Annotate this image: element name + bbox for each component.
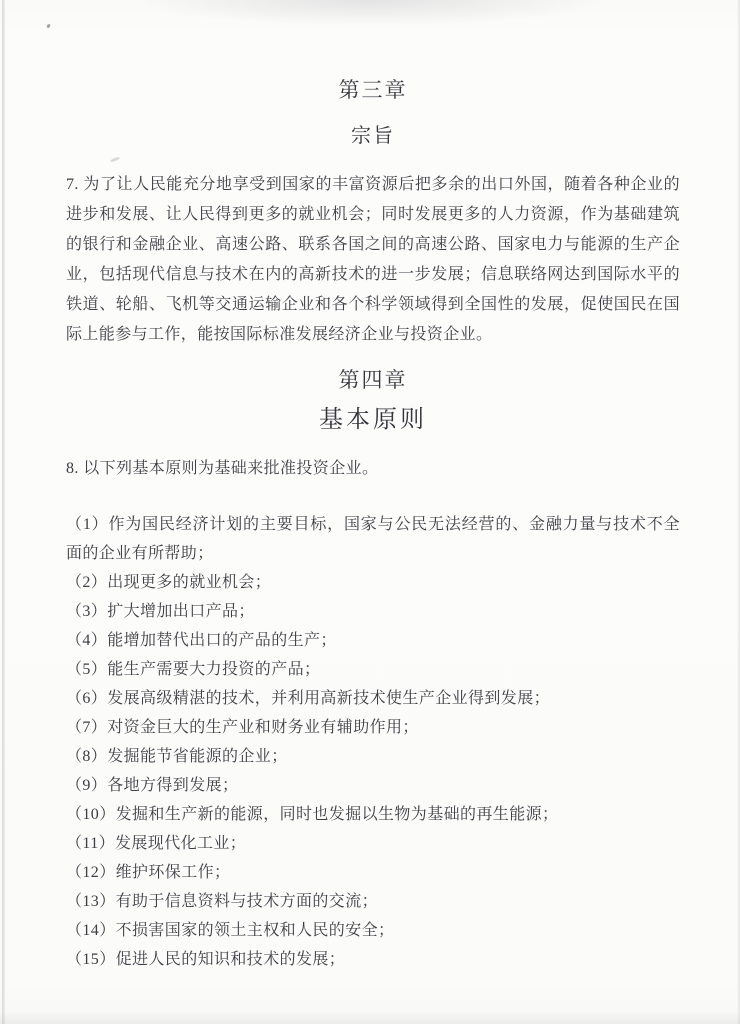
article-8-intro: 8. 以下列基本原则为基础来批准投资企业。 <box>66 454 680 484</box>
scanned-document-page: 第三章 宗旨 7. 为了让人民能充分地享受到国家的丰富资源后把多余的出口外国，随… <box>0 0 740 1024</box>
principle-item-4: （4）能增加替代出口的产品的生产； <box>66 626 680 655</box>
chapter-3-title: 宗旨 <box>66 122 680 150</box>
scan-edge-left <box>2 0 5 1024</box>
article-7-paragraph: 7. 为了让人民能充分地享受到国家的丰富资源后把多余的出口外国，随着各种企业的进… <box>66 170 680 350</box>
document-content: 第三章 宗旨 7. 为了让人民能充分地享受到国家的丰富资源后把多余的出口外国，随… <box>66 0 680 974</box>
principles-list: （1）作为国民经济计划的主要目标，国家与公民无法经营的、金融力量与技术不全面的企… <box>66 510 680 974</box>
principle-item-2: （2）出现更多的就业机会； <box>66 568 680 597</box>
principle-item-11: （11）发展现代化工业； <box>66 829 680 858</box>
principle-item-3: （3）扩大增加出口产品； <box>66 597 680 626</box>
scan-haze-bottom <box>0 1012 740 1024</box>
principle-item-5: （5）能生产需要大力投资的产品； <box>66 655 680 684</box>
scan-speck <box>46 24 50 29</box>
principle-item-7: （7）对资金巨大的生产业和财务业有辅助作用； <box>66 713 680 742</box>
chapter-4-title: 基本原则 <box>66 404 680 436</box>
principle-item-15: （15）促进人民的知识和技术的发展； <box>66 945 680 974</box>
principle-item-1: （1）作为国民经济计划的主要目标，国家与公民无法经营的、金融力量与技术不全面的企… <box>66 510 680 568</box>
principle-item-10: （10）发掘和生产新的能源，同时也发掘以生物为基础的再生能源； <box>66 800 680 829</box>
chapter-3-heading: 第三章 <box>66 0 680 104</box>
principle-item-13: （13）有助于信息资料与技术方面的交流； <box>66 887 680 916</box>
principle-item-9: （9）各地方得到发展； <box>66 771 680 800</box>
principle-item-6: （6）发展高级精湛的技术，并利用高新技术使生产企业得到发展； <box>66 684 680 713</box>
principle-item-14: （14）不损害国家的领土主权和人民的安全； <box>66 916 680 945</box>
principle-item-12: （12）维护环保工作； <box>66 858 680 887</box>
chapter-4-heading: 第四章 <box>66 366 680 394</box>
principle-item-8: （8）发掘能节省能源的企业； <box>66 742 680 771</box>
